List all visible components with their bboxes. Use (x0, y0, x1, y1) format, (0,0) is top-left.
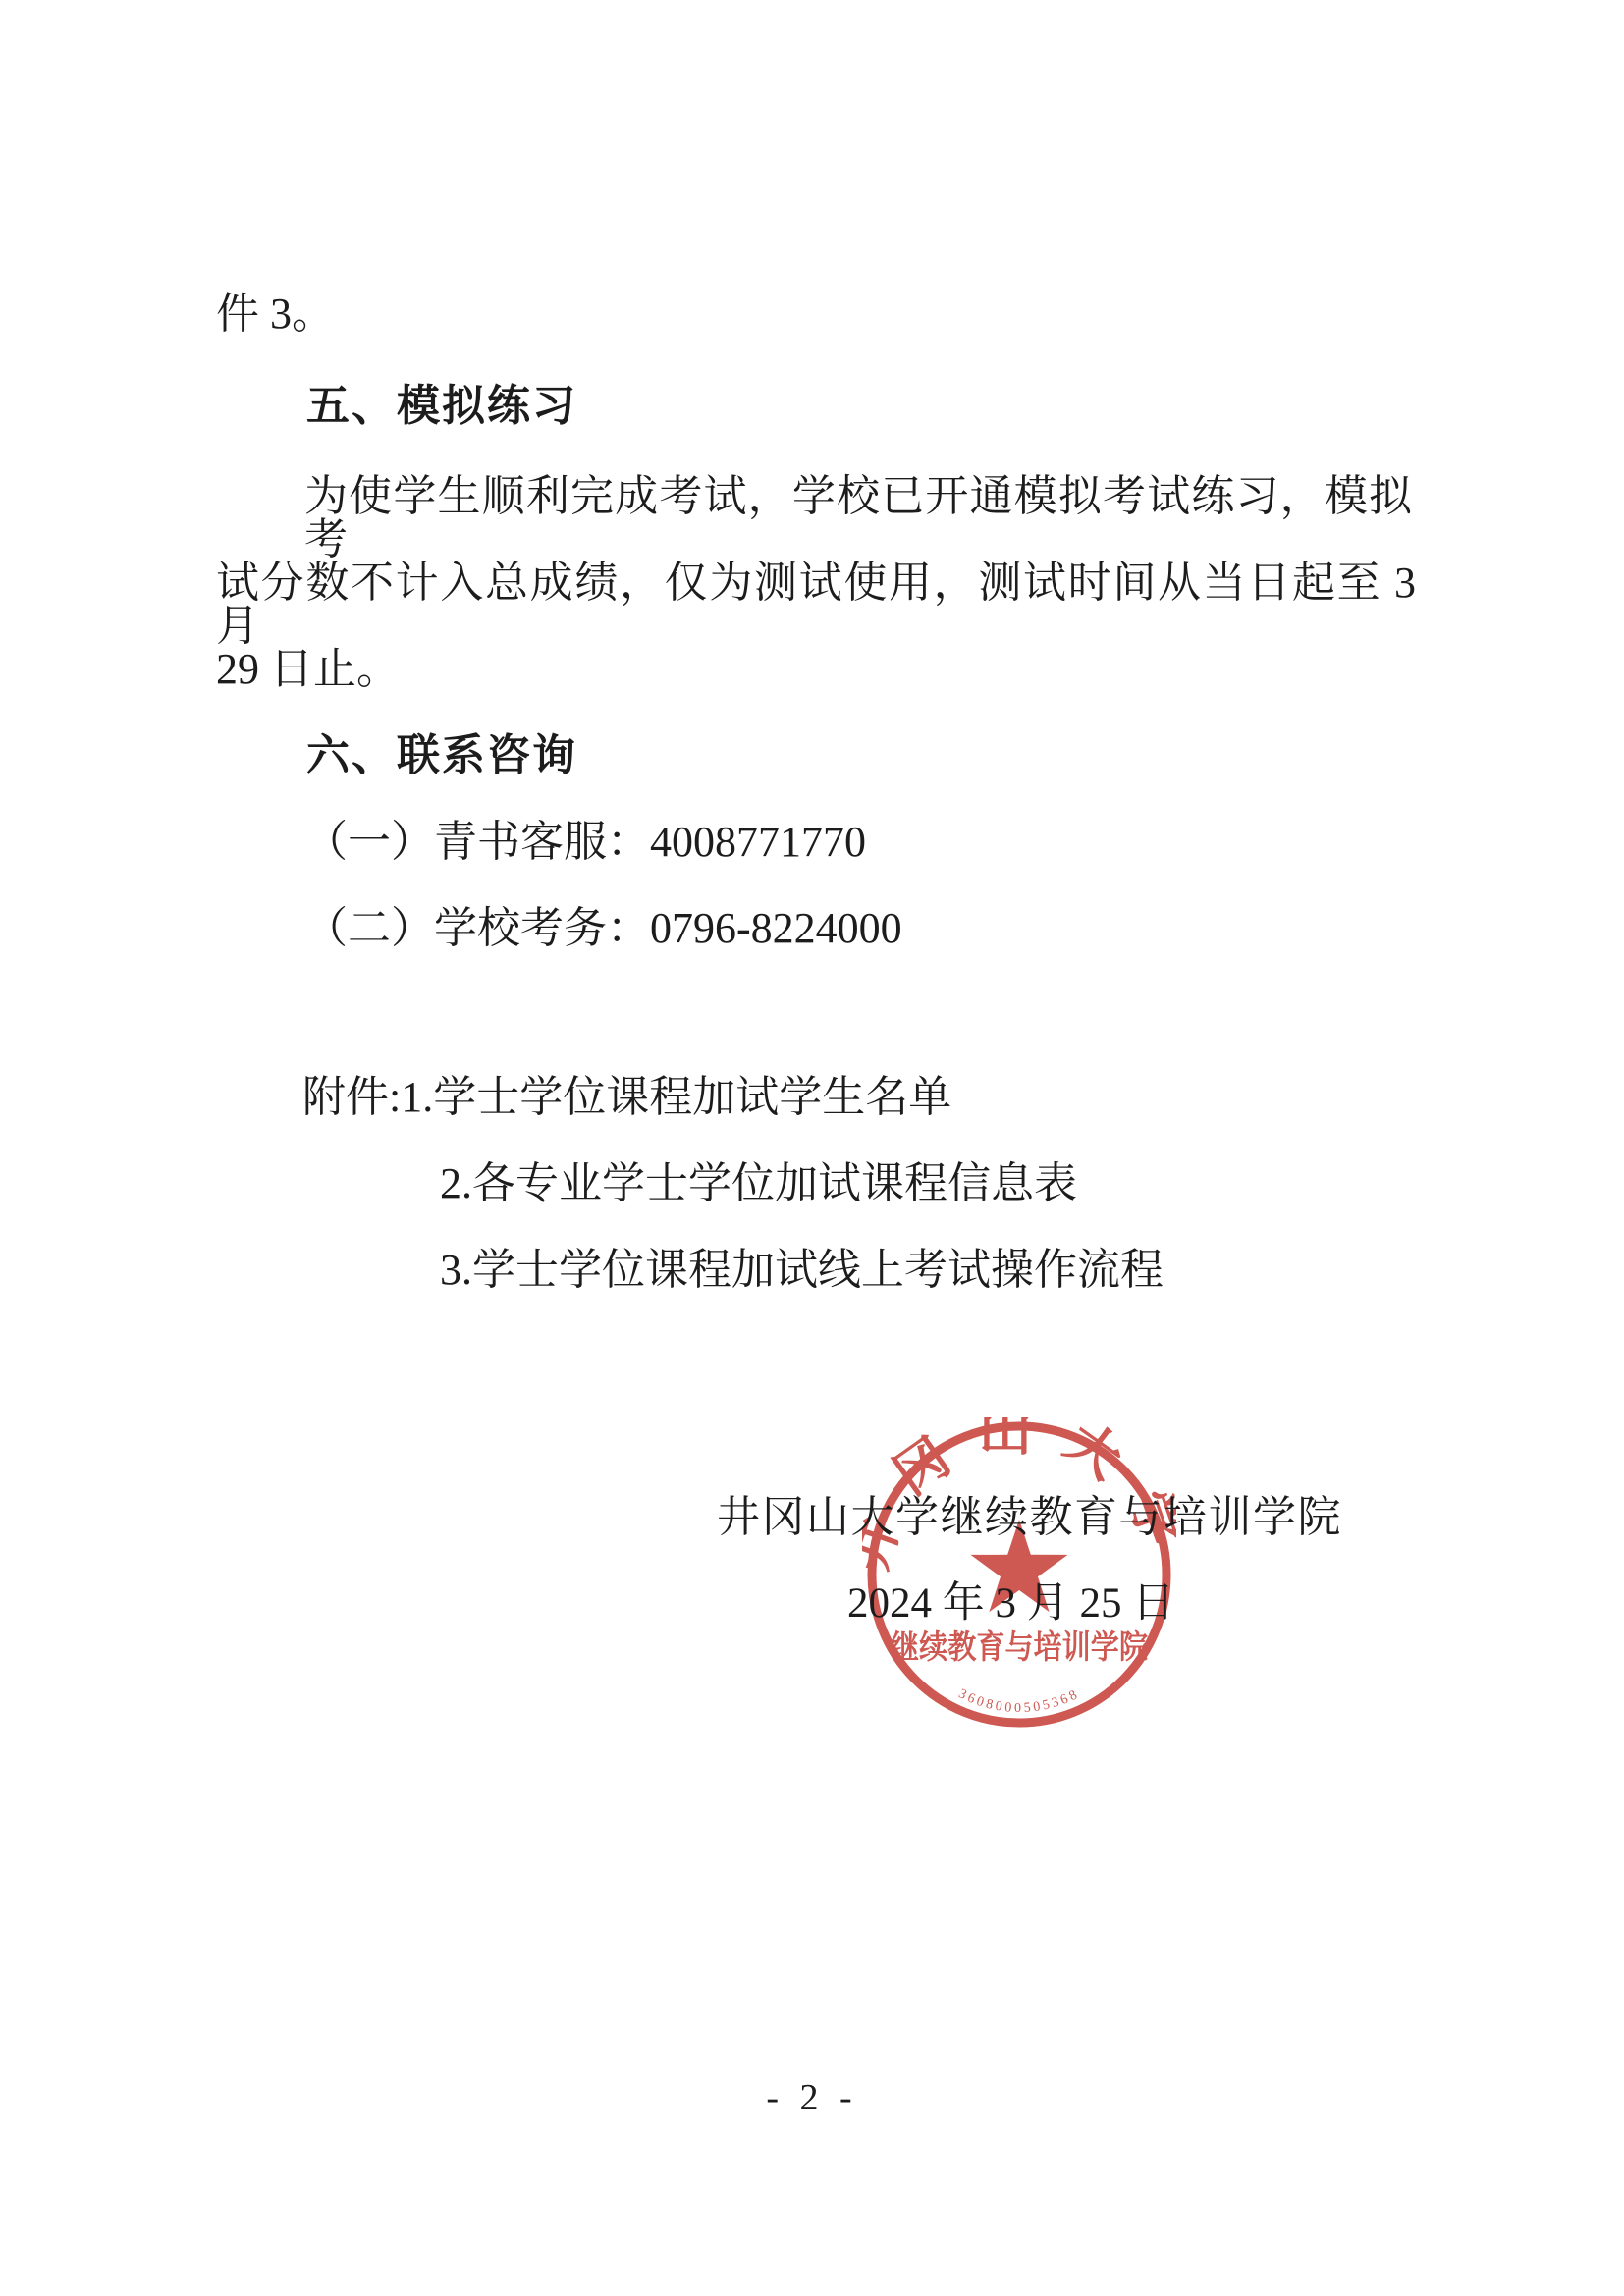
practice-paragraph-line-2: 试分数不计入总成绩，仅为测试使用，测试时间从当日起至 3 月 (216, 561, 1416, 648)
contact-item-school: （二）学校考务：0796-8224000 (304, 907, 902, 950)
signature-date: 2024 年 3 月 25 日 (847, 1582, 1174, 1625)
section-heading-practice: 五、模拟练习 (306, 385, 577, 428)
contact-item-qingshu: （一）青书客服：4008771770 (304, 821, 866, 864)
practice-paragraph-line-3: 29 日止。 (216, 648, 400, 691)
official-seal-stamp: 井冈山大学 继续教育与培训学院 3608000505368 (862, 1417, 1176, 1732)
attachment-line-1: 附件:1.学士学位课程加试学生名单 (302, 1076, 951, 1119)
practice-paragraph-line-1: 为使学生顺利完成考试，学校已开通模拟考试练习，模拟考 (304, 475, 1412, 561)
paragraph-fragment: 件 3。 (216, 293, 335, 336)
attachment-line-2: 2.各专业学士学位加试课程信息表 (440, 1162, 1077, 1205)
seal-banner-text: 继续教育与培训学院 (891, 1629, 1148, 1666)
attachment-line-3: 3.学士学位课程加试线上考试操作流程 (440, 1249, 1164, 1292)
seal-graphic: 井冈山大学 继续教育与培训学院 3608000505368 (862, 1417, 1176, 1732)
page-number: - 2 - (0, 2079, 1624, 2116)
section-heading-contact: 六、联系咨询 (306, 734, 577, 777)
signature-organization: 井冈山大学继续教育与培训学院 (717, 1496, 1342, 1539)
document-page: 件 3。 五、模拟练习 为使学生顺利完成考试，学校已开通模拟考试练习，模拟考 试… (0, 0, 1624, 2296)
